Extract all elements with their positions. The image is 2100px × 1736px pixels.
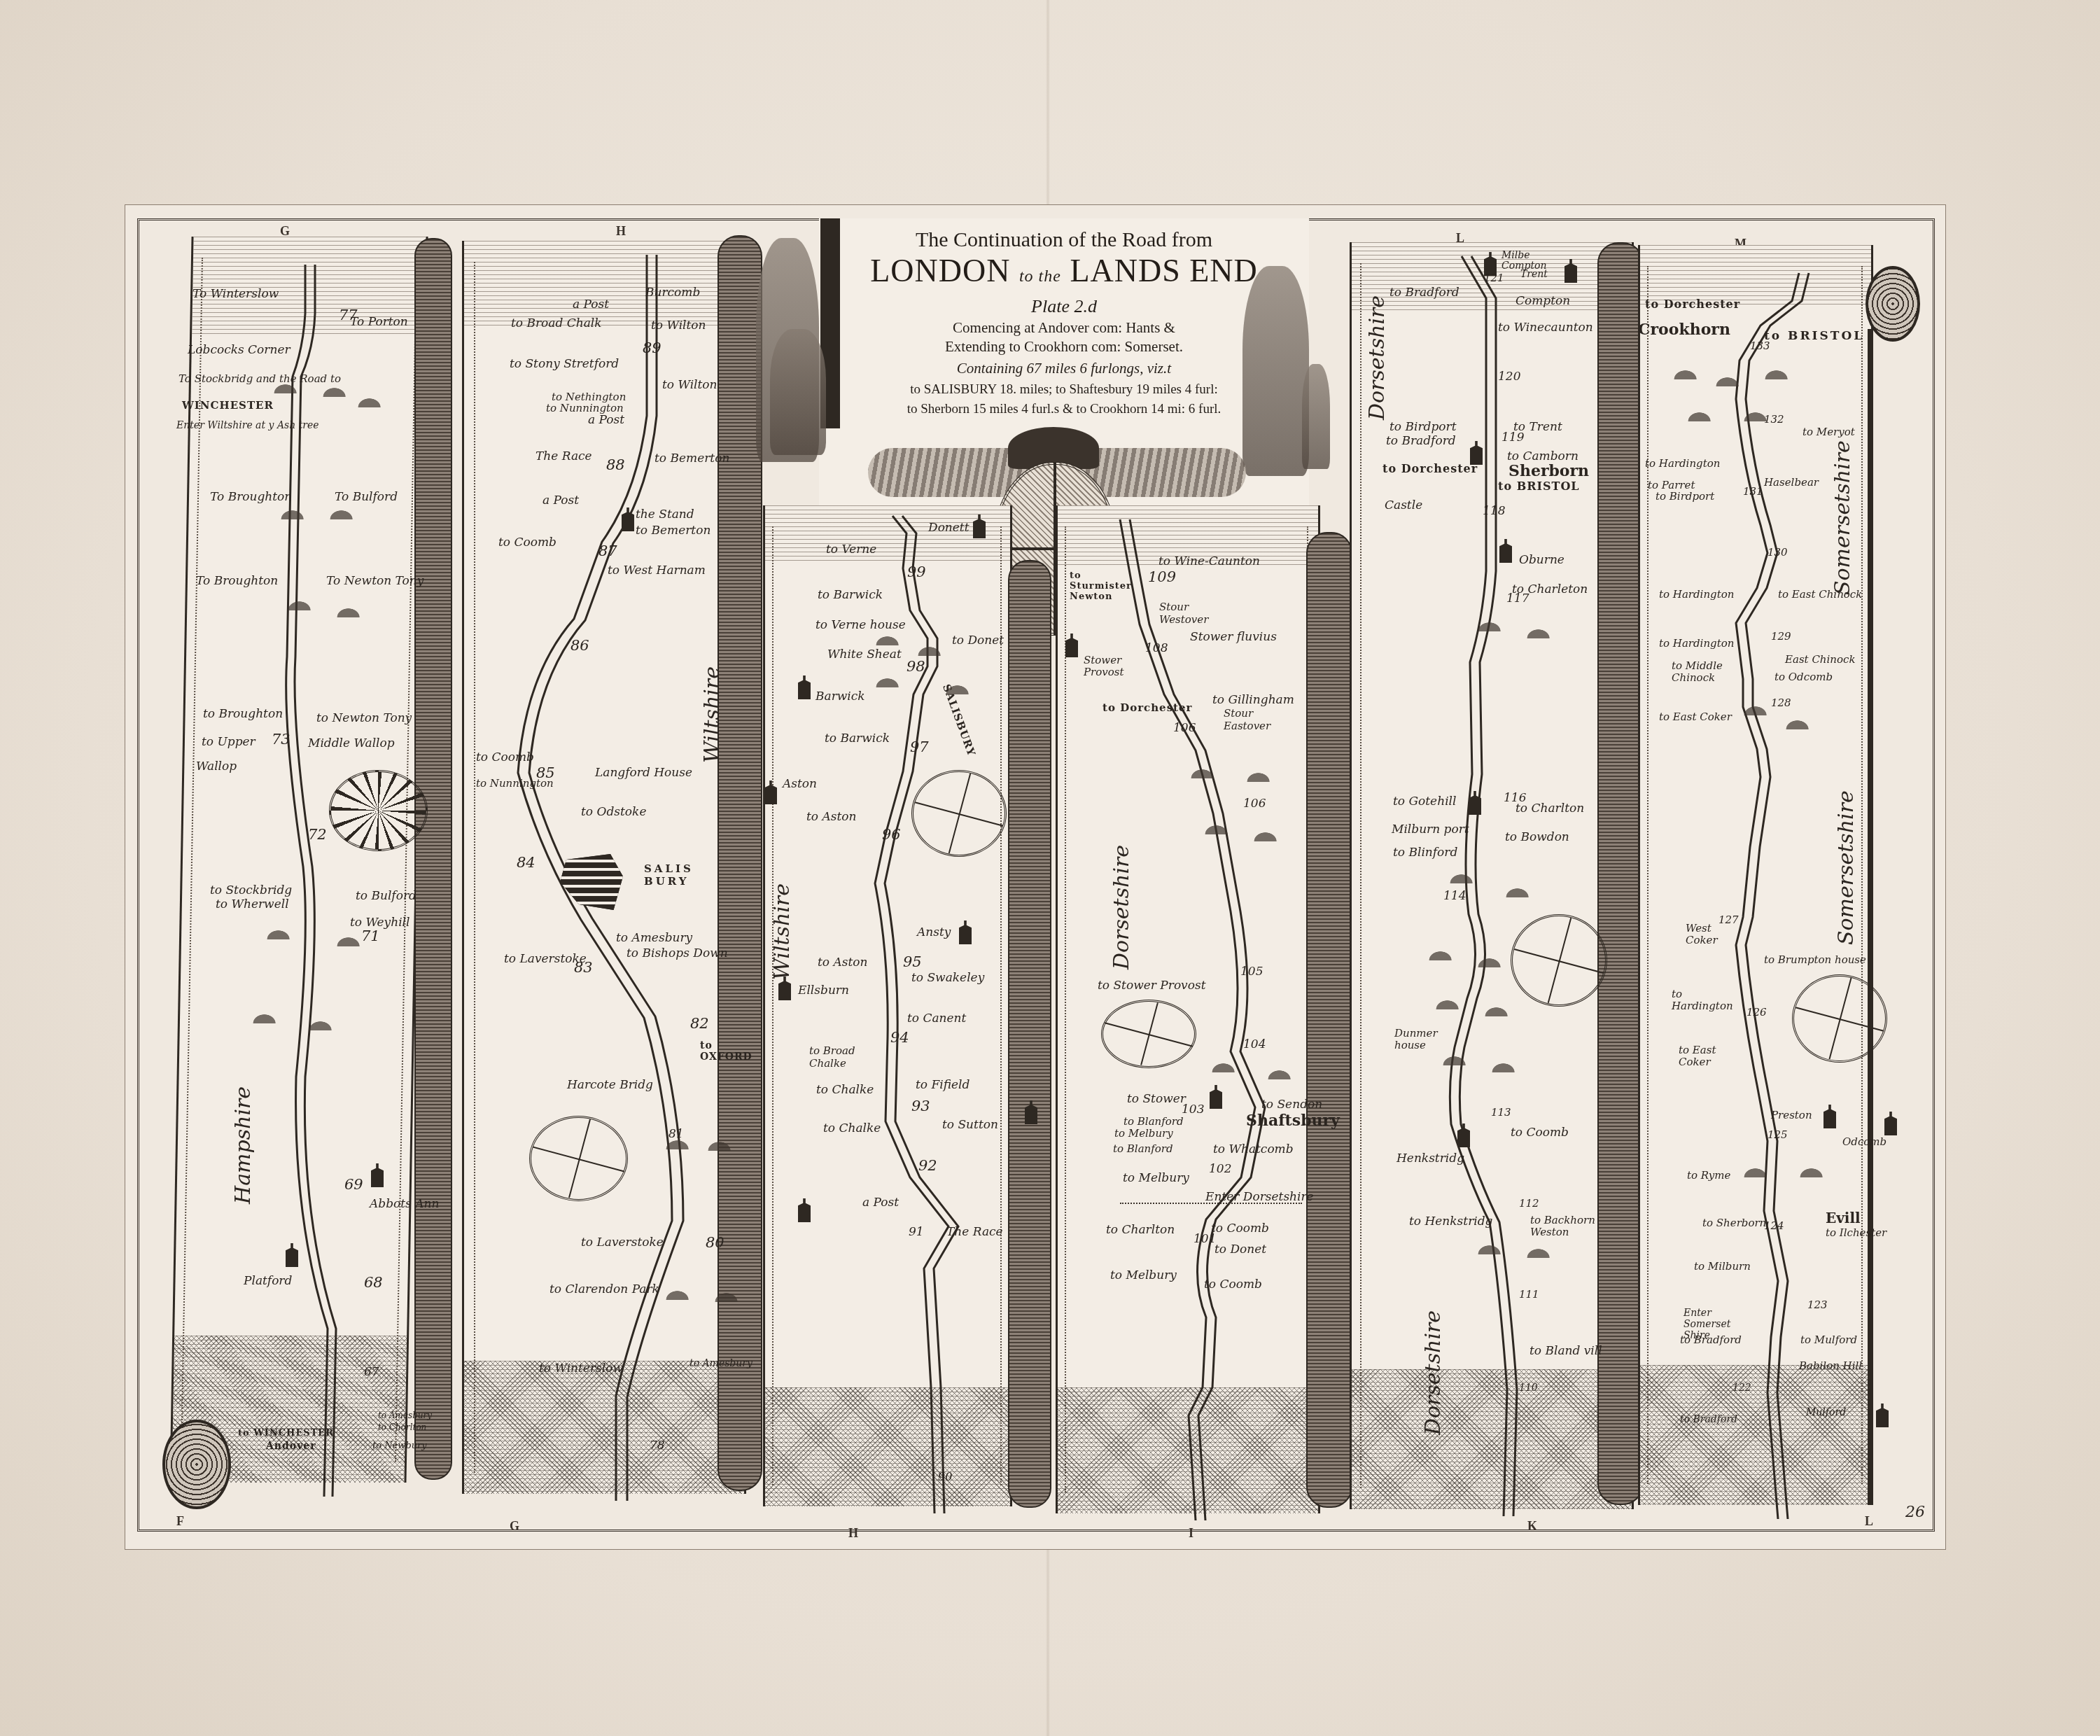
hill-icon — [1680, 406, 1712, 421]
place-label: to Birdport — [1389, 420, 1456, 434]
hill-icon — [329, 602, 361, 617]
place-label: Barwick — [815, 689, 865, 703]
place-label: to Newton Tony — [316, 711, 412, 725]
county-label: Dorsetshire — [1109, 845, 1134, 969]
place-label: Castle — [1385, 498, 1422, 512]
place-label: to Broad Chalke — [809, 1044, 858, 1070]
place-label: to Aston — [818, 955, 868, 969]
place-label: to Charlton — [1106, 1223, 1175, 1237]
milestone: 78 — [650, 1438, 665, 1452]
scroll-roll-3 — [1008, 560, 1051, 1508]
place-label: to Bradford — [1386, 434, 1456, 448]
place-label: to East Coker — [1659, 710, 1732, 723]
hill-icon — [1246, 826, 1278, 841]
hill-icon — [1421, 945, 1453, 960]
milestone: 105 — [1240, 965, 1263, 979]
place-label: To Winterslow — [192, 287, 279, 301]
place-label: to Gillingham — [1212, 693, 1294, 707]
milestone: 127 — [1718, 913, 1739, 926]
place-label: to Bradford — [1680, 1333, 1742, 1346]
place-label: to Melbury — [1110, 1268, 1177, 1282]
county-label: Wiltshire — [700, 666, 724, 763]
place-label: to Wine-Caunton — [1158, 554, 1260, 568]
place-label: to Stony Stretford — [510, 357, 619, 371]
milestone: 117 — [1506, 591, 1529, 605]
place-label: to Winterslow — [539, 1361, 623, 1375]
place-label: to Sendon — [1261, 1098, 1322, 1112]
county-label: Somersetshire — [1830, 440, 1855, 595]
place-label: to BRISTOL — [1498, 479, 1580, 493]
place-label: to Bradford — [1389, 286, 1459, 300]
milestone: 96 — [882, 826, 901, 843]
hill-icon — [1519, 623, 1551, 638]
place-label: the Stand — [636, 507, 694, 521]
place-label: Oburne — [1519, 553, 1564, 567]
milestone: 67 — [364, 1365, 379, 1379]
milestone: 106 — [1173, 721, 1196, 735]
place-label: to Barwick — [825, 731, 890, 745]
compass-icon — [1792, 974, 1887, 1063]
milestone: 133 — [1750, 339, 1770, 352]
hill-icon — [1239, 766, 1271, 782]
county-label: Dorsetshire — [1421, 1310, 1445, 1435]
milestone: 83 — [574, 959, 593, 976]
hill-icon — [1484, 1057, 1516, 1072]
hill-icon — [1428, 994, 1460, 1009]
place-label: Trent — [1520, 269, 1548, 280]
place-label: to East Coker — [1679, 1044, 1728, 1068]
place-label: To Broughton — [210, 490, 292, 504]
milestone: 72 — [308, 826, 327, 843]
place-label: to Hardington — [1659, 637, 1734, 650]
place-label: White Sheat — [827, 647, 902, 661]
place-label: to Henkstridg — [1409, 1214, 1493, 1228]
hill-icon — [1204, 1057, 1236, 1072]
place-label: a Post — [573, 297, 609, 311]
place-label: a Post — [542, 493, 579, 507]
place-label: to Blanford — [1113, 1142, 1173, 1155]
place-label: to Dorchester — [1102, 701, 1192, 714]
town-label: Shaftsbury — [1246, 1112, 1340, 1130]
hill-icon — [1778, 714, 1810, 729]
place-label: a Post — [862, 1196, 899, 1210]
hill-icon — [868, 672, 900, 687]
hill-icon — [280, 595, 312, 610]
milestone: 89 — [643, 339, 661, 356]
place-label: to Winecaunton — [1498, 321, 1593, 335]
place-label: to Gotehill — [1393, 794, 1456, 808]
extending-text: Extending to Crookhorn com: Somerset. — [833, 337, 1295, 356]
milestone: 114 — [1443, 889, 1466, 903]
place-label: to Birdport — [1655, 490, 1714, 503]
place-label: West Coker — [1686, 923, 1721, 946]
place-label: to Meryot — [1802, 426, 1855, 438]
page-number: 26 — [1905, 1504, 1925, 1521]
column-letter-bottom: K — [1527, 1519, 1537, 1534]
county-label: Dorsetshire — [1365, 295, 1389, 420]
place-label: to Barwick — [818, 588, 883, 602]
county-boundary-line — [1120, 1203, 1302, 1204]
plate-number: Plate 2.d — [833, 295, 1295, 318]
milestone: 82 — [690, 1015, 709, 1032]
place-label: Middle Wallop — [308, 736, 395, 750]
hill-icon — [1442, 868, 1474, 883]
place-label: to Melbury — [1123, 1171, 1189, 1185]
place-label: to Laverstoke — [581, 1235, 664, 1249]
place-label: to Swakeley — [911, 971, 984, 985]
place-label: Ellsburn — [798, 983, 849, 997]
place-label: to Hardington — [1659, 588, 1734, 601]
hill-icon — [707, 1287, 739, 1302]
place-label: to Bemerton — [654, 451, 729, 465]
hill-icon — [658, 1284, 690, 1300]
milestone: 108 — [1145, 641, 1168, 655]
hill-icon — [273, 504, 305, 519]
scroll-roll-1 — [414, 238, 452, 1480]
hill-icon — [245, 1008, 277, 1023]
milestone: 109 — [1148, 568, 1176, 585]
milestone: 112 — [1519, 1197, 1539, 1210]
place-label: to Odstoke — [581, 805, 646, 819]
hill-icon — [938, 679, 970, 694]
hill-icon — [1183, 763, 1215, 778]
place-label: The Race — [535, 449, 592, 463]
hill-icon — [1666, 364, 1698, 379]
place-label: to Bishops Down — [626, 946, 728, 960]
place-label: to Amesbury — [689, 1358, 752, 1369]
hill-icon — [315, 381, 347, 397]
place-label: To Porton — [350, 315, 408, 329]
place-label: to Newbury — [372, 1441, 427, 1451]
place-label: to Canent — [907, 1011, 966, 1025]
milestone: 130 — [1767, 546, 1788, 559]
hill-icon — [1470, 952, 1502, 967]
place-label: to Charlton — [1515, 801, 1584, 815]
place-label: to Wilton — [651, 318, 706, 332]
place-label: Lobcocks Corner — [188, 343, 290, 357]
place-label: to Coomb — [1204, 1277, 1262, 1291]
milestone: 77 — [339, 307, 358, 323]
milestone: 80 — [706, 1234, 724, 1251]
milestone: 97 — [910, 738, 929, 755]
milestone: 128 — [1771, 696, 1791, 709]
place-label: to Stockbridg — [210, 883, 292, 897]
county-label: Hampshire — [231, 1086, 255, 1204]
hill-icon — [322, 504, 354, 519]
milestone: 131 — [1743, 485, 1763, 498]
column-letter-bottom: F — [176, 1514, 184, 1529]
milestone: 113 — [1491, 1106, 1511, 1119]
compass-icon — [1101, 1000, 1196, 1068]
hill-icon — [350, 392, 382, 407]
place-label: To Newton Tony — [326, 574, 423, 588]
town-label: Crookhorn — [1638, 321, 1730, 339]
place-label: to Dorchester — [1382, 462, 1478, 475]
compass-icon — [529, 1116, 628, 1201]
county-label: Somersetshire — [1834, 790, 1858, 945]
milestone: 120 — [1498, 370, 1520, 384]
place-label: to Ryme — [1687, 1169, 1730, 1182]
hill-icon — [1498, 882, 1530, 897]
milestone: 106 — [1243, 797, 1266, 811]
city-label: SALIS BURY — [644, 862, 693, 888]
milestone: 90 — [938, 1470, 952, 1483]
place-label: to Bemerton — [636, 524, 710, 538]
column-letter-bottom: G — [510, 1519, 519, 1534]
hill-icon — [910, 640, 942, 656]
town-label: Sherborn — [1508, 462, 1589, 480]
hill-icon — [1435, 1050, 1467, 1065]
place-label: to West Harnam — [608, 563, 706, 577]
place-label: to Bowdon — [1505, 830, 1569, 844]
milestone: 121 — [1484, 272, 1504, 284]
milestone: 119 — [1501, 430, 1524, 444]
place-label: to Amesbury — [616, 931, 692, 945]
place-label: Stour Westover — [1159, 601, 1222, 626]
distances-line-2: to Sherborn 15 miles 4 furl.s & to Crook… — [833, 400, 1295, 419]
place-label: to Coomb — [498, 535, 556, 549]
place-label: to OXFORD — [700, 1040, 742, 1063]
milestone: 111 — [1519, 1288, 1539, 1301]
child-figure — [1302, 364, 1330, 469]
place-label: to Chalke — [816, 1083, 874, 1097]
milestone: 110 — [1519, 1382, 1538, 1394]
column-letter-top: H — [616, 224, 626, 239]
place-label: to Fifield — [916, 1078, 969, 1092]
milestone: 88 — [606, 456, 625, 473]
milestone: 118 — [1483, 504, 1505, 518]
place-label: to Donet — [1214, 1242, 1266, 1256]
compass-icon — [1511, 914, 1607, 1007]
title-block: The Continuation of the Road from LONDON… — [833, 227, 1295, 419]
place-label: To Broughton — [196, 574, 278, 588]
milestone: 84 — [517, 854, 535, 871]
place-label: a Post — [588, 413, 624, 427]
place-label: to Whatcomb — [1213, 1142, 1294, 1156]
place-label: Donett — [928, 521, 969, 535]
place-label: to Verne — [826, 542, 876, 556]
place-label: to Blanford — [1123, 1115, 1184, 1128]
place-label: Wallop — [196, 759, 237, 773]
place-label: to Weyhill — [350, 916, 409, 930]
place-label: Mulford — [1806, 1407, 1846, 1418]
place-label: Dunmer house — [1394, 1028, 1443, 1051]
milestone: 102 — [1209, 1162, 1231, 1176]
milestone: 73 — [272, 731, 290, 748]
place-label: Odcomb — [1842, 1135, 1886, 1148]
place-label: to Coomb — [476, 750, 534, 764]
place-label: To Bulford — [335, 490, 398, 504]
place-label: to Aston — [806, 810, 857, 824]
place-label: to Wherwell — [216, 897, 289, 911]
place-label: to Broughton — [203, 707, 283, 721]
milestone: 86 — [570, 637, 589, 654]
milestone: 91 — [909, 1225, 924, 1239]
place-label: to Hardington — [1645, 457, 1720, 470]
milestone: 95 — [903, 953, 922, 970]
place-label: Stour Eastover — [1224, 707, 1280, 732]
hill-icon — [259, 924, 291, 939]
milestone: 92 — [918, 1157, 937, 1174]
place-label: to Blinford — [1393, 846, 1457, 860]
place-label: to Odcomb — [1774, 671, 1833, 683]
place-label: to Chalke — [823, 1121, 881, 1135]
town-label: Evill — [1826, 1210, 1861, 1226]
place-label: Ansty — [917, 925, 951, 939]
hill-icon — [1470, 1239, 1502, 1254]
place-label: to Coomb — [1211, 1221, 1269, 1235]
title-line-1: The Continuation of the Road from — [833, 227, 1295, 253]
place-label: to Donet — [952, 633, 1004, 647]
place-label: Milburn port — [1392, 822, 1469, 836]
place-label: Harcote Bridg — [567, 1078, 653, 1092]
place-label: Platford — [244, 1274, 292, 1288]
milestone: 124 — [1764, 1219, 1784, 1232]
place-label: to Sturmister Newton — [1070, 570, 1140, 602]
containing-text: Containing 67 miles 6 furlongs, viz.t — [833, 356, 1295, 380]
place-label: to Camborn — [1507, 449, 1578, 463]
place-label: Compton — [1515, 294, 1570, 308]
place-label: East Chinock — [1785, 653, 1856, 666]
county-label: Wiltshire — [770, 883, 794, 980]
hill-icon — [1477, 1001, 1509, 1016]
place-label: to Mulford — [1800, 1333, 1857, 1346]
column-letter-bottom: I — [1189, 1526, 1193, 1541]
place-label: WINCHESTER — [182, 399, 274, 412]
hill-icon — [1260, 1064, 1292, 1079]
place-label: Abbots Ann — [370, 1197, 439, 1211]
hill-icon — [658, 1134, 690, 1149]
milestone: 103 — [1182, 1102, 1204, 1116]
place-label: to Clarendon Park — [549, 1282, 659, 1296]
milestone: 129 — [1771, 630, 1791, 643]
hill-icon — [1792, 1162, 1824, 1177]
place-label: to Broad Chalk — [511, 316, 602, 330]
place-label: Henkstridg — [1396, 1151, 1464, 1165]
place-label: Aston — [783, 777, 817, 791]
place-label: to Milburn — [1694, 1260, 1751, 1273]
place-label: to Wilton — [662, 378, 717, 392]
place-label: Burcomb — [645, 286, 700, 300]
hill-icon — [1519, 1242, 1551, 1258]
place-label: Stower fluvius — [1190, 630, 1277, 644]
scroll-roll-4 — [1306, 532, 1352, 1508]
commencing-text: Comencing at Andover com: Hants & — [833, 318, 1295, 337]
milestone: 126 — [1746, 1006, 1767, 1018]
scroll-roll-5 — [1597, 242, 1644, 1505]
place-label: The Race — [946, 1225, 1003, 1239]
hill-icon — [1736, 700, 1768, 715]
hill-icon — [301, 1015, 333, 1030]
place-label: to Sutton — [942, 1118, 998, 1132]
place-label: Andover — [266, 1441, 316, 1452]
milestone: 132 — [1764, 413, 1784, 426]
place-label: to Bradford — [1680, 1414, 1737, 1425]
milestone: 104 — [1243, 1037, 1266, 1051]
scroll-end-curl — [162, 1420, 231, 1509]
hill-icon — [1708, 371, 1740, 386]
place-label: Babilon Hill — [1799, 1359, 1862, 1372]
compass-icon — [911, 770, 1007, 857]
place-label: to Stower Provost — [1098, 979, 1206, 993]
place-label: to Ilchester — [1826, 1226, 1886, 1239]
place-label: to Melbury — [1114, 1127, 1173, 1140]
place-label: Langford House — [595, 766, 692, 780]
hill-icon — [1757, 364, 1789, 379]
place-label: Stower Provost — [1084, 654, 1133, 678]
milestone: 94 — [890, 1029, 909, 1046]
milestone: 99 — [907, 563, 926, 580]
milestone: 122 — [1732, 1382, 1751, 1394]
hill-icon — [1470, 616, 1502, 631]
milestone: 98 — [906, 658, 925, 675]
place-label: to Stower — [1127, 1092, 1186, 1106]
place-label: Enter Dorsetshire — [1205, 1190, 1314, 1204]
compass-rose-icon — [329, 770, 428, 851]
distances-line-1: to SALISBURY 18. miles; to Shaftesbury 1… — [833, 380, 1295, 400]
place-label: to Bland vill — [1529, 1344, 1602, 1358]
place-label: Haselbear — [1764, 476, 1819, 489]
place-label: to Hardington — [1672, 988, 1721, 1012]
column-letter-bottom: H — [848, 1526, 858, 1541]
seated-figure — [770, 329, 826, 455]
place-label: to Backhorn Weston — [1530, 1214, 1597, 1238]
hill-icon — [1736, 1162, 1768, 1177]
place-label: to BRISTOL — [1764, 329, 1864, 343]
place-label: to Chorlton — [378, 1422, 426, 1432]
place-label: to East Chinock — [1778, 588, 1862, 601]
place-label: to WINCHESTER — [238, 1428, 334, 1438]
milestone: 101 — [1193, 1232, 1216, 1246]
milestone: 125 — [1767, 1128, 1788, 1141]
milestone: 68 — [364, 1274, 383, 1291]
milestone: 69 — [344, 1176, 363, 1193]
milestone: 71 — [361, 927, 380, 944]
place-label: to Middle Chinock — [1672, 660, 1728, 684]
place-label: to Coomb — [1511, 1126, 1569, 1140]
milestone: 93 — [911, 1098, 930, 1114]
place-label: Preston — [1771, 1109, 1812, 1121]
hill-icon — [329, 931, 361, 946]
place-label: Enter Wiltshire at y Ash tree — [176, 420, 319, 431]
place-label: to Amesbury — [378, 1410, 432, 1420]
milestone: 85 — [536, 764, 555, 781]
milestone: 123 — [1807, 1298, 1828, 1311]
place-label: to Upper — [202, 735, 255, 749]
title-line-2: LONDON to the LANDS END — [833, 253, 1295, 295]
milestone: 87 — [598, 542, 617, 559]
hill-icon — [868, 630, 900, 645]
hill-icon — [266, 378, 298, 393]
place-label: to Bulford — [356, 889, 416, 903]
place-label: to Dorchester — [1645, 297, 1740, 311]
hill-icon — [700, 1135, 732, 1151]
place-label: to Brumpton house — [1764, 953, 1866, 966]
hill-icon — [1197, 819, 1229, 834]
place-label: to Sherborn — [1702, 1217, 1766, 1229]
